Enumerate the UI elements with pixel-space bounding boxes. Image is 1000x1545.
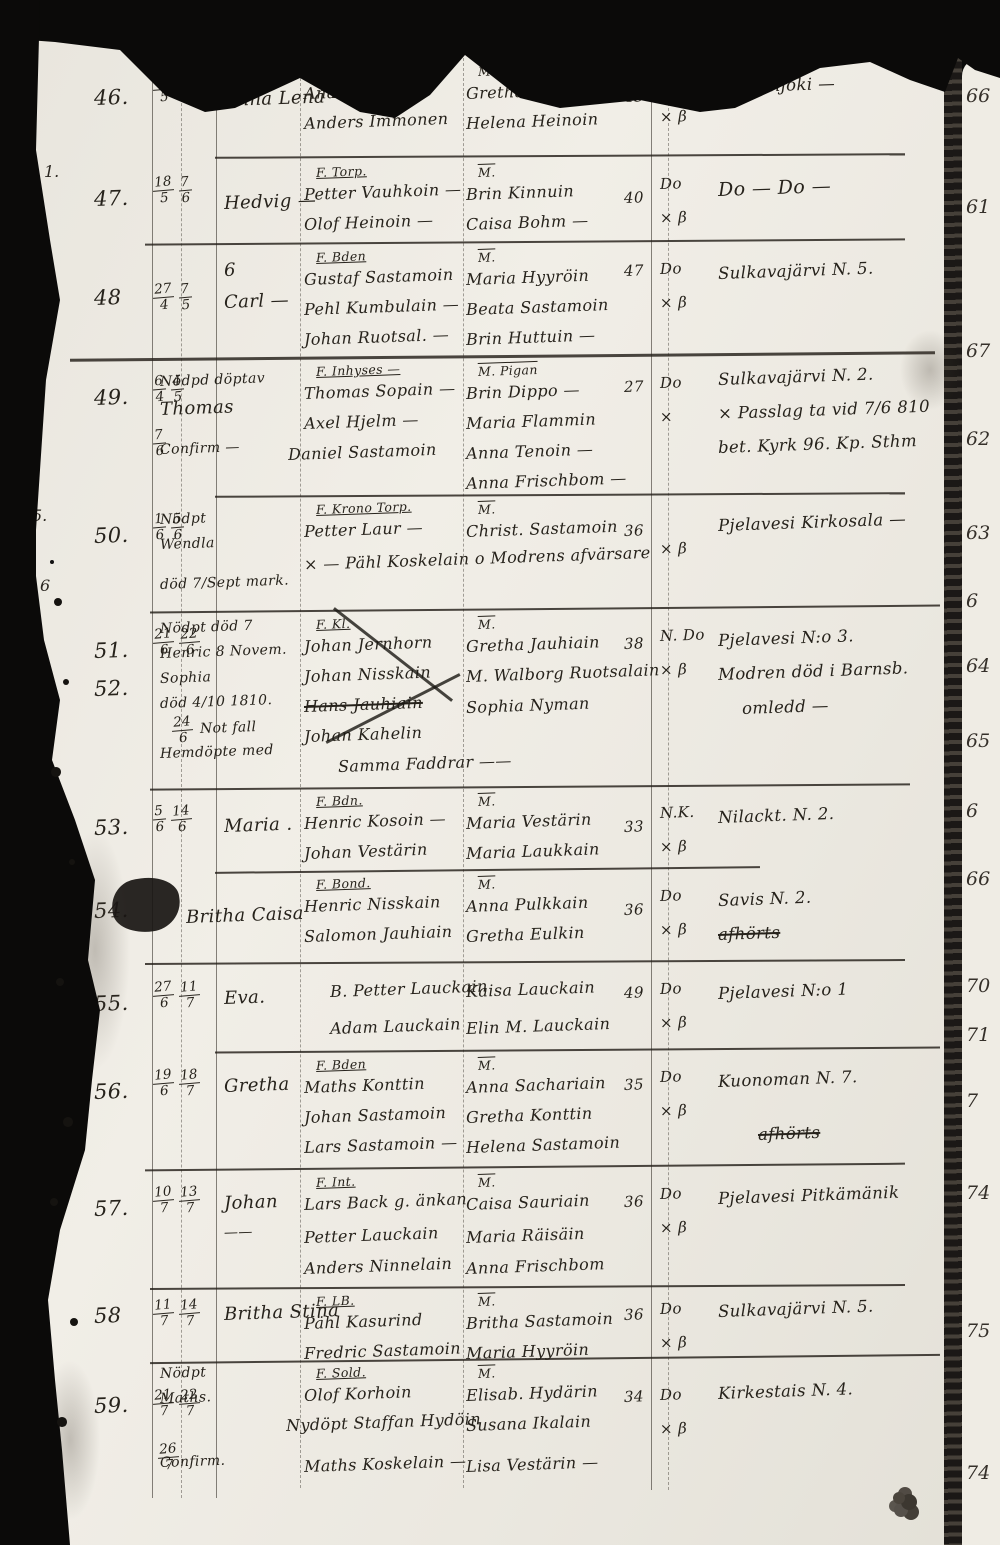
residence-notes: Kirkestais N. 4.: [718, 1384, 946, 1418]
record-number: 50.: [94, 523, 129, 548]
name-line: Caisa Bohm —: [466, 208, 657, 234]
clerk-marks: N. Do × β: [660, 627, 705, 695]
residence-notes: Sulkavajärvi N. 5.: [718, 1302, 946, 1336]
child-name: Henric 8 Novem.: [160, 642, 270, 662]
father-occupation: F. Sold.: [316, 1360, 479, 1381]
record-number: 58: [94, 1303, 122, 1328]
father-witness-column: F. Torp. Petter Vauhkoin — Olof Heinoin …: [304, 163, 479, 245]
name-line: Olof Korhoin: [304, 1380, 480, 1405]
residence-notes: Nilackt. N. 2.: [718, 808, 946, 842]
margin-number: 1.: [44, 162, 59, 181]
father-witness-column: F. Krono Torp. Petter Laur — × — Pähl Ko…: [304, 500, 479, 585]
note-line: omledd —: [742, 692, 947, 718]
clerk-initials: N.K.: [660, 803, 695, 822]
cross-mark: × β: [660, 107, 688, 126]
baptism-month: 7: [179, 1313, 201, 1330]
father-witness-column: F. Bond. Henric Nisskain Salomon Jauhiai…: [304, 875, 479, 957]
date-column: 117 147: [153, 1298, 219, 1329]
register-row: 48 274 75 6 Carl — F. Bden Gustaf Sastam…: [0, 248, 1000, 355]
residence-notes: Pjelavesi Kirkosala —: [718, 516, 946, 550]
ditto-mark: Do: [660, 373, 682, 392]
baptism-date: 146: [169, 803, 193, 835]
name-line: Maths Koskelain —: [304, 1451, 480, 1476]
edge-number: 66: [966, 868, 990, 890]
edge-number: 70: [966, 975, 990, 997]
register-row: 57. 107 137 Johan —— F. Int. Lars Back g…: [0, 1173, 1000, 1286]
name-line: Maria Laukkain: [466, 837, 657, 863]
child-note: Nödpt död 7: [160, 617, 270, 637]
child-note: Confirm —: [160, 438, 270, 458]
register-row: 53. 56 146 Maria . F. Bdn. Henric Kosoin…: [0, 792, 1000, 869]
mother-age: 36: [624, 1305, 645, 1324]
child-name: Thomas: [160, 395, 271, 420]
child-note: Not fall: [200, 719, 271, 737]
name-line: Petter Laur —: [304, 516, 480, 541]
register-row: 51. 52. 216 226 246 Nödpt död 7 Henric 8…: [0, 615, 1000, 786]
name-line: Lars Sastamoin —: [304, 1132, 480, 1157]
child-note: död 7/Sept mark.: [160, 573, 270, 593]
edge-number: 6: [966, 800, 978, 822]
note-line: Modren död i Barnsb.: [718, 657, 947, 684]
cross-mark: ×: [660, 407, 682, 426]
father-witness-column: F. Bden Maths Konttin Johan Sastamoin La…: [304, 1056, 479, 1168]
name-line: Sophia Nyman: [466, 691, 657, 717]
ditto-mark: Do: [660, 1299, 688, 1318]
edge-number: 62: [966, 428, 990, 450]
record-number: 46.: [94, 85, 129, 110]
note-line: Nilackt. N. 2.: [718, 800, 947, 827]
father-occupation: F. Bden: [316, 1052, 479, 1073]
father-witness-column: F. Bden Gustaf Sastamoin Pehl Kumbulain …: [304, 248, 479, 360]
name-line: Lars Back g. änkan: [304, 1189, 480, 1214]
residence-notes: Sulkavajärvi N. 5.: [718, 264, 946, 298]
register-row: 55. 276 117 Eva. B. Petter Lauckain Adam…: [0, 968, 1000, 1049]
note-line-struck: afhörts: [718, 917, 947, 944]
record-number: 52.: [94, 676, 129, 701]
register-row: 47. 185 76 Hedvig — F. Torp. Petter Vauh…: [0, 163, 1000, 241]
clerk-marks: Do × β: [660, 1068, 687, 1136]
name-line: Lisa Vestärin —: [466, 1450, 657, 1476]
baptism-date: 117: [178, 979, 202, 1011]
name-line: Samma Faddrar ——: [338, 752, 480, 776]
father-occupation: F. Int.: [316, 1169, 479, 1190]
father-witness-column: F. Int. Lars Back g. änkan Petter Laucka…: [304, 1173, 479, 1289]
cross-mark: × β: [660, 1333, 688, 1352]
mother-age: 34: [624, 1387, 645, 1406]
birth-month: 7: [153, 1313, 175, 1330]
clerk-marks: Do × β: [660, 887, 687, 955]
residence-notes: Do — Do —: [718, 179, 946, 216]
cross-mark: × β: [660, 1013, 688, 1032]
mother-age: 36: [624, 521, 645, 540]
date-column: 196 187: [153, 1068, 219, 1099]
margin-number: 6: [40, 576, 50, 595]
clerk-marks: Do × β: [660, 1185, 687, 1253]
name-line: Elin M. Lauckain: [466, 1012, 657, 1038]
name-line: Nydöpt Staffan Hydöin: [286, 1409, 480, 1435]
scan-smudge: [900, 330, 960, 410]
mother-age: 49: [624, 983, 645, 1002]
child-note: död 4/10 1810.: [160, 692, 270, 712]
mother-witness-column: M. Caisa Sauriain Maria Räisäin Anna Fri…: [466, 1173, 656, 1289]
name-line-struck: Hans Jauhiain: [304, 691, 480, 716]
baptism-month: 5: [179, 297, 193, 313]
record-number: 47.: [94, 186, 129, 211]
birth-date: 107: [152, 1184, 176, 1216]
name-line: Johan Vestärin: [304, 838, 480, 863]
father-occupation: F. Krono Torp.: [316, 496, 479, 517]
record-number: 49.: [94, 385, 129, 410]
child-name-cell: Nödpt Wendla död 7/Sept mark.: [160, 512, 270, 602]
name-line: Anna Frischbom: [466, 1252, 657, 1278]
name-line: Maths Konttin: [304, 1072, 480, 1097]
clerk-marks: Do × β: [660, 1300, 687, 1368]
child-note: Hemdöpte med: [160, 742, 270, 762]
clerk-marks: Do × β: [660, 1386, 687, 1454]
ditto-mark: Do: [660, 979, 688, 998]
edge-number: 6: [966, 590, 978, 612]
birth-month: 6: [153, 1083, 175, 1100]
register-row: 59. 217 227 267 Nödpt Maths. Confirm. F.…: [0, 1364, 1000, 1490]
name-line: Henric Nisskain: [304, 891, 480, 916]
record-number: 51.: [94, 638, 129, 663]
mother-age: 33: [624, 817, 645, 836]
child-name-cell: Britha Caisa: [186, 887, 296, 939]
name-line: Fredric Sastamoin: [304, 1338, 480, 1363]
clerk-marks: Do ×: [660, 374, 682, 442]
father-occupation: F. Inhyses —: [316, 358, 479, 379]
ditto-mark: Do: [660, 259, 688, 278]
note-line: Pjelavesi Pitkämänik: [718, 1181, 947, 1208]
clerk-marks: N.K. × β: [660, 804, 695, 872]
baptism-date: 187: [178, 1067, 202, 1099]
record-number: 57.: [94, 1196, 129, 1221]
baptism-month: 6: [179, 190, 193, 206]
child-name: Wendla: [160, 533, 270, 553]
register-row: 49. 64 45 76 Nödpd döptav Thomas Confirm…: [0, 362, 1000, 494]
residence-notes: Pjelavesi Pitkämänik: [718, 1189, 946, 1223]
ink-rosette: [893, 1492, 905, 1504]
birth-date: 117: [152, 1297, 176, 1329]
baptism-month: 7: [179, 1200, 201, 1217]
residence-notes: Kuonoman N. 7. afhörts: [718, 1072, 946, 1159]
note-line: Pjelavesi Kirkosala —: [718, 508, 947, 535]
edge-number: 66: [966, 85, 990, 107]
name-line: Maria Flammin: [466, 407, 657, 433]
edge-number: 71: [966, 1024, 990, 1046]
name-line: Petter Vauhkoin —: [304, 179, 480, 204]
note-line: Sulkavajärvi N. 5.: [718, 256, 947, 283]
mother-age: 47: [624, 261, 645, 280]
name-line: Maria Hyyröin: [466, 1337, 657, 1363]
cross-mark: × β: [660, 920, 688, 939]
residence-notes: Pjelavesi N:o 1: [718, 984, 946, 1018]
father-occupation: F. LB.: [316, 1288, 479, 1309]
child-note: Nödpt: [160, 508, 270, 528]
birth-month: 5: [153, 190, 175, 207]
child-note: Confirm.: [160, 1451, 270, 1471]
edge-number: 61: [966, 196, 990, 218]
name-line: Salomon Jauhiain: [304, 921, 480, 946]
register-scan: 46. 155 76 Anna Lena — F. Torp. Ananias …: [0, 0, 1000, 1545]
edge-number: 64: [966, 655, 990, 677]
birth-month: 4: [153, 297, 175, 314]
date-column: 185 76: [153, 175, 219, 206]
clerk-marks: Do × β: [660, 175, 687, 243]
ditto-mark: Do: [660, 886, 688, 905]
birth-date: 274: [152, 281, 176, 313]
cross-mark: × β: [660, 208, 688, 227]
father-witness-column: F. Sold. Olof Korhoin Nydöpt Staffan Hyd…: [304, 1364, 479, 1487]
birth-date: 56: [152, 804, 167, 836]
note-line: Kirkestais N. 4.: [718, 1376, 947, 1403]
note-line: Kuonoman N. 7.: [718, 1064, 947, 1091]
name-line: Anna Frischbom —: [466, 467, 657, 493]
record-number: 48: [94, 285, 122, 310]
child-name: Britha Caisa: [186, 903, 297, 928]
record-number: 56.: [94, 1079, 129, 1104]
birth-date: 276: [152, 979, 176, 1011]
name-line: Johan Ruotsal. —: [304, 324, 480, 349]
mother-witness-column: M. Gretha Jauhiain M. Walborg Ruotsalain…: [466, 615, 656, 728]
name-line: Gretha Eulkin: [466, 920, 657, 946]
note-line: Do — Do —: [718, 171, 947, 201]
clerk-marks: Do × β: [660, 260, 687, 328]
note-line: Pjelavesi N:o 3.: [718, 623, 947, 650]
name-line: Daniel Sastamoin: [288, 438, 480, 464]
mother-age: 36: [624, 1192, 645, 1211]
name-line: Susana Ikalain: [466, 1409, 657, 1435]
name-line: Gretha Konttin: [466, 1101, 657, 1127]
mother-age: 38: [624, 634, 645, 653]
name-line: Petter Lauckain: [304, 1222, 480, 1247]
name-line: Pähl Kasurind: [304, 1308, 480, 1333]
cross-mark: × β: [660, 1419, 688, 1438]
name-line: Johan Nisskain: [304, 661, 480, 686]
cross-mark: × β: [660, 1218, 688, 1237]
name-line: Brin Huttuin —: [466, 323, 657, 349]
ditto-mark: Do: [660, 1385, 688, 1404]
birth-date: 196: [152, 1067, 176, 1099]
name-line: Olof Heinoin —: [304, 209, 480, 234]
name-line: Pehl Kumbulain —: [304, 294, 480, 319]
note-line: bet. Kyrk 96. Kp. Sthm: [718, 430, 947, 457]
name-line: Henric Kosoin —: [304, 808, 480, 833]
mother-age: 35: [624, 1075, 645, 1094]
clerk-marks: Do × β: [660, 980, 687, 1048]
edge-number: 63: [966, 522, 990, 544]
child-name-cell: Nödpd döptav Thomas Confirm —: [160, 374, 270, 467]
residence-notes: Savis N. 2. afhörts: [718, 891, 946, 959]
child-note: Nödpd döptav: [160, 370, 270, 390]
note-line: Sulkavajärvi N. 5.: [718, 1294, 947, 1321]
baptism-month: 6: [171, 819, 193, 836]
birth-month: 6: [153, 819, 167, 835]
mother-age: 27: [624, 377, 645, 396]
child-name-cell: Eva.: [224, 980, 334, 1020]
name-line: Anna Tenoin —: [466, 437, 657, 463]
father-occupation: F. Bdn.: [316, 788, 479, 809]
note-line-struck: afhörts: [758, 1118, 947, 1144]
edge-number: 65: [966, 730, 990, 752]
name-line: M. Walborg Ruotsalain: [466, 660, 657, 686]
name-line: Gustaf Sastamoin: [304, 264, 480, 289]
name-line: Johan Sastamoin: [304, 1102, 480, 1127]
baptism-month: 7: [179, 1083, 201, 1100]
register-row: 50. 16 56 Nödpt Wendla död 7/Sept mark. …: [0, 500, 1000, 608]
birth-date: 185: [152, 174, 176, 206]
mother-witness-column: Kaisa Lauckain Elin M. Lauckain: [466, 968, 656, 1049]
father-occupation: F. Torp.: [316, 159, 479, 180]
date-column: 56 146: [153, 804, 219, 835]
name-line: Anders Ninnelain: [304, 1253, 480, 1278]
baptism-date: 137: [178, 1184, 202, 1216]
child-name: Sophia: [160, 667, 270, 687]
record-number: 59.: [94, 1393, 129, 1418]
cross-mark: × β: [660, 659, 705, 679]
father-occupation: F. Bden: [316, 244, 479, 265]
ditto-mark: Do: [660, 174, 688, 193]
cross-mark: × β: [660, 837, 695, 856]
clerk-marks: × β: [660, 540, 687, 574]
edge-number: 75: [966, 1320, 990, 1342]
register-row: 56. 196 187 Gretha F. Bden Maths Konttin…: [0, 1056, 1000, 1166]
child-name-cell: Nödpt död 7 Henric 8 Novem. Sophia död 4…: [160, 621, 270, 771]
name-line: Thomas Sopain —: [304, 378, 480, 403]
child-name: Maths.: [160, 1387, 270, 1407]
date-column: 274 75: [153, 282, 219, 313]
cross-mark: × β: [660, 293, 688, 312]
name-line: Helena Sastamoin: [466, 1131, 657, 1157]
edge-number: 7: [966, 1090, 978, 1112]
name-line: Beata Sastamoin: [466, 293, 657, 319]
ditto-mark: N. Do: [660, 625, 705, 645]
father-witness-column: F. Kl. Johan Jernhorn Johan Nisskain Han…: [304, 615, 479, 787]
father-witness-column: F. Bdn. Henric Kosoin — Johan Vestärin: [304, 792, 479, 874]
child-name-cell: Nödpt Maths. Confirm.: [160, 1366, 270, 1480]
date-column: 107 137: [153, 1185, 219, 1216]
mother-witness-column: M. Anna Sachariain Gretha Konttin Helena…: [466, 1056, 656, 1168]
baptism-date: 147: [178, 1297, 202, 1329]
ditto-mark: Do: [660, 1067, 688, 1086]
note-line: Savis N. 2.: [718, 883, 947, 910]
name-line: Helena Heinoin: [466, 107, 657, 133]
baptism-day: 7: [178, 282, 192, 299]
name-line: Axel Hjelm —: [304, 408, 480, 433]
father-witness-column: F. Inhyses — Thomas Sopain — Axel Hjelm …: [304, 362, 479, 475]
scan-speckles: [50, 560, 54, 564]
register-row: 58 117 147 Britha Stina F. LB. Pähl Kasu…: [0, 1292, 1000, 1358]
baptism-date: 75: [178, 282, 193, 314]
edge-number: 74: [966, 1462, 990, 1484]
name-line: Maria Räisäin: [466, 1221, 657, 1247]
child-name: Eva.: [224, 984, 335, 1009]
ditto-mark: Do: [660, 1184, 688, 1203]
birth-month: 7: [153, 1200, 175, 1217]
mother-age: 36: [624, 900, 645, 919]
birth-month: 6: [153, 995, 175, 1012]
cross-mark: × β: [660, 1101, 688, 1120]
date-column: 276 117: [153, 980, 219, 1011]
residence-notes: Pjelavesi N:o 3. Modren död i Barnsb. om…: [718, 631, 946, 733]
child-note: Nödpt: [160, 1362, 270, 1382]
father-occupation: F. Bond.: [316, 871, 479, 892]
baptism-date: 76: [178, 175, 193, 207]
edge-number: 74: [966, 1182, 990, 1204]
note-line: Pjelavesi N:o 1: [718, 976, 947, 1003]
mother-witness-column: M. Elisab. Hydärin Susana Ikalain Lisa V…: [466, 1364, 656, 1487]
cross-mark: × β: [660, 539, 688, 558]
baptism-month: 7: [179, 995, 201, 1012]
mother-age: 40: [624, 188, 645, 207]
edge-number: 67: [966, 340, 990, 362]
